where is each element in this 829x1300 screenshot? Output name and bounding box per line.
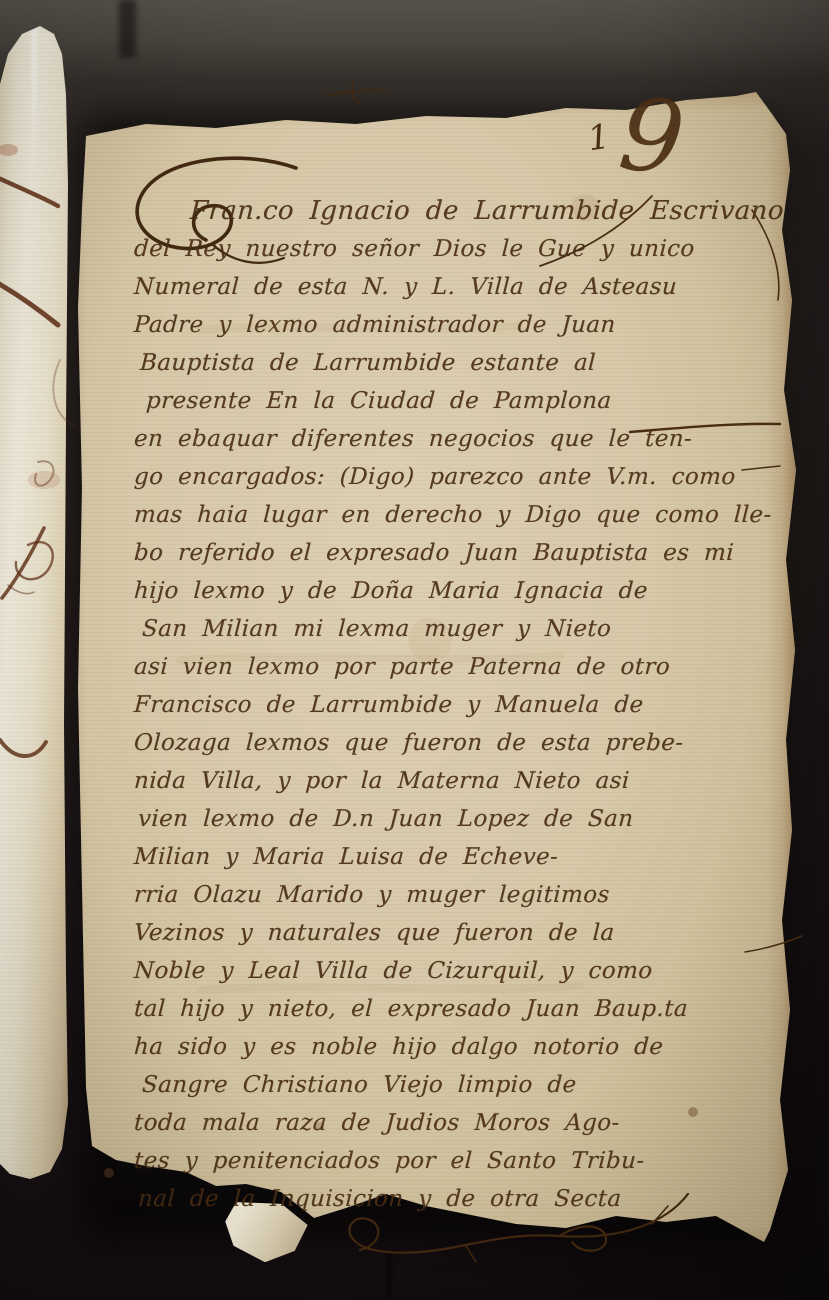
manuscript-line: presente En la Ciudad de Pamplona — [133, 382, 785, 420]
manuscript-line: mas haia lugar en derecho y Digo que com… — [133, 496, 785, 534]
manuscript-line: go encargados: (Digo) parezco ante V.m. … — [133, 458, 785, 496]
backdrop-stripe — [119, 0, 136, 58]
folio-digit-9: 9 — [614, 75, 690, 198]
manuscript-line: rria Olazu Marido y muger legitimos — [133, 876, 785, 914]
manuscript-line: toda mala raza de Judios Moros Ago- — [133, 1104, 785, 1142]
manuscript-line: Sangre Christiano Viejo limpio de — [133, 1066, 785, 1104]
manuscript-text: Fran.co Ignacio de Larrumbide Escrivanod… — [134, 192, 784, 1218]
manuscript-line: Milian y Maria Luisa de Echeve- — [133, 838, 785, 876]
manuscript-line: Numeral de esta N. y L. Villa de Asteasu — [133, 268, 785, 306]
manuscript-line: nal de la Inquisicion y de otra Secta — [133, 1180, 785, 1218]
manuscript-line: Padre y lexmo administrador de Juan — [133, 306, 785, 344]
manuscript-line: Fran.co Ignacio de Larrumbide Escrivano — [133, 192, 785, 230]
manuscript-line: nida Villa, y por la Materna Nieto asi — [133, 762, 785, 800]
manuscript-line: tal hijo y nieto, el expresado Juan Baup… — [133, 990, 785, 1028]
manuscript-line: San Milian mi lexma muger y Nieto — [133, 610, 785, 648]
manuscript-line: ha sido y es noble hijo dalgo notorio de — [133, 1028, 785, 1066]
manuscript-line: Bauptista de Larrumbide estante al — [133, 344, 785, 382]
manuscript-line: tes y penitenciados por el Santo Tribu- — [133, 1142, 785, 1180]
manuscript-line: Vezinos y naturales que fueron de la — [133, 914, 785, 952]
manuscript-line: en ebaquar diferentes negocios que le te… — [133, 420, 785, 458]
manuscript-line: bo referido el expresado Juan Bauptista … — [133, 534, 785, 572]
manuscript-line: Noble y Leal Villa de Cizurquil, y como — [133, 952, 785, 990]
photograph-backdrop: Fran.co Ignacio de Larrumbide Escrivanod… — [0, 0, 829, 1300]
manuscript-line: asi vien lexmo por parte Paterna de otro — [133, 648, 785, 686]
manuscript-line: del Rey nuestro señor Dios le Gue y unic… — [133, 230, 785, 268]
manuscript-line: Francisco de Larrumbide y Manuela de — [133, 686, 785, 724]
top-cross-mark-icon — [326, 81, 386, 103]
curled-page-edge — [0, 24, 68, 1184]
manuscript-line: hijo lexmo y de Doña Maria Ignacia de — [133, 572, 785, 610]
backdrop-seam — [386, 1252, 392, 1300]
manuscript-line: vien lexmo de D.n Juan Lopez de San — [133, 800, 785, 838]
manuscript-line: Olozaga lexmos que fueron de esta prebe- — [133, 724, 785, 762]
